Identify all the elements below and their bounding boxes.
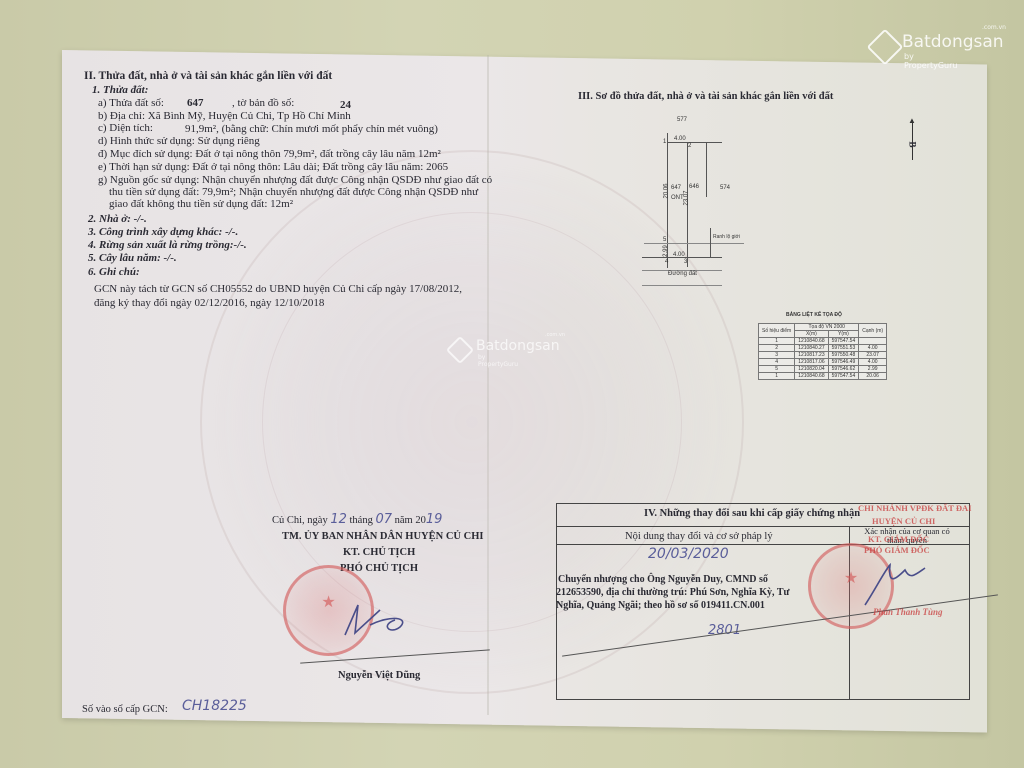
watermark-tagline: by PropertyGuru (904, 52, 957, 70)
issue-month: 07 (375, 512, 392, 527)
changes-content-header: Nội dung thay đổi và cơ sở pháp lý (625, 530, 773, 543)
stamp-line-4: PHÓ GIÁM ĐỐC (864, 545, 930, 555)
map-sheet-label: , tờ bản đồ số: (232, 97, 294, 110)
north-arrow-icon (912, 120, 913, 160)
section3-title: III. Sơ đồ thửa đất, nhà ở và tài sản kh… (578, 90, 833, 103)
change-date: 20/03/2020 (648, 546, 729, 562)
parcel-diagram: 577 4.00 1 2 20.06 647 ONT 646 23.07 574… (640, 120, 760, 300)
change-line-1: Chuyển nhượng cho Ông Nguyễn Duy, CMND s… (558, 573, 768, 586)
registry-label: Số vào sổ cấp GCN: (82, 703, 168, 716)
notes-heading: 6. Ghi chú: (88, 266, 140, 279)
signer-name: Nguyễn Việt Dũng (338, 669, 420, 682)
signature-icon (340, 595, 460, 645)
coord-row: 51210820.04597546.622.99 (759, 366, 887, 373)
usage-origin-3: giao đất không thu tiền sử dụng đất: 12m… (109, 198, 293, 211)
stamp-line-3: KT. GIÁM ĐỐC (868, 534, 929, 544)
batdongsan-logo-icon (867, 29, 904, 66)
land-parcel-number: 647 (187, 97, 204, 110)
land-heading: 1. Thửa đất: (92, 84, 148, 97)
coord-row: 11210840.68597547.5420.06 (759, 373, 887, 380)
stamp-line-1: CHI NHÁNH VPĐK ĐẤT ĐAI (858, 503, 972, 513)
section2-title: II. Thửa đất, nhà ở và tài sản khác gắn … (84, 70, 332, 83)
coord-row: 21210840.27597551.534.00 (759, 345, 887, 352)
usage-form: d) Hình thức sử dụng: Sử dụng riêng (98, 135, 260, 148)
change-line-2: 212653590, địa chỉ thường trú: Phú Sơn, … (556, 586, 790, 599)
watermark-suffix: .com.vn (982, 24, 1006, 31)
land-parcel-label: a) Thửa đất số: (98, 97, 164, 110)
issue-day: 12 (330, 512, 347, 527)
branch-signer-name: Phan Thanh Tùng (873, 607, 943, 617)
other-construction-item: 3. Công trình xây dựng khác: -/-. (88, 226, 238, 239)
perennial-item: 5. Cây lâu năm: -/-. (88, 252, 177, 265)
watermark-top: Batdongsan .com.vn by PropertyGuru (872, 34, 898, 64)
watermark-brand: Batdongsan (902, 32, 1004, 52)
usage-purpose: đ) Mục đích sử dụng: Đất ở tại nông thôn… (98, 148, 441, 161)
stamp-line-2: HUYỆN CỦ CHI (872, 516, 935, 526)
coord-row: 11210840.68597547.54 (759, 338, 887, 345)
issue-year: 19 (426, 512, 443, 527)
north-label: B (906, 141, 919, 147)
issuer-role-1: KT. CHỦ TỊCH (343, 546, 415, 559)
notes-line-1: GCN này tách từ GCN số CH05552 do UBND h… (94, 283, 462, 296)
house-item: 2. Nhà ở: -/-. (88, 213, 147, 226)
change-line-3: Nghĩa, Quảng Ngãi; theo hồ sơ số 019411.… (556, 599, 765, 612)
land-area-label: c) Diện tích: (98, 122, 153, 135)
notes-line-2: đăng ký thay đổi ngày 02/12/2016, ngày 1… (94, 297, 324, 310)
coord-row: 31210817.23597550.4823.07 (759, 352, 887, 359)
issue-date: Củ Chi, ngày 12 tháng 07 năm 2019 (272, 513, 442, 527)
coord-row: 41210817.06597546.494.00 (759, 359, 887, 366)
coord-table: Số hiệu điểm Tọa độ VN 2000 Cạnh (m) X(m… (758, 323, 887, 380)
coord-table-title: BẢNG LIỆT KÊ TỌA ĐỘ (786, 312, 842, 318)
registry-number: CH18225 (182, 698, 247, 714)
section4-title: IV. Những thay đổi sau khi cấp giấy chứn… (644, 507, 860, 520)
usage-term: e) Thời hạn sử dụng: Đất ở tại nông thôn… (98, 161, 448, 174)
issuer-org: TM. ỦY BAN NHÂN DÂN HUYỆN CỦ CHI (282, 530, 483, 543)
watermark-center: Batdongsan .com.vn by PropertyGuru (450, 340, 470, 364)
batdongsan-logo-icon (446, 336, 474, 364)
forest-item: 4. Rừng sản xuất là rừng trồng:-/-. (88, 239, 247, 252)
